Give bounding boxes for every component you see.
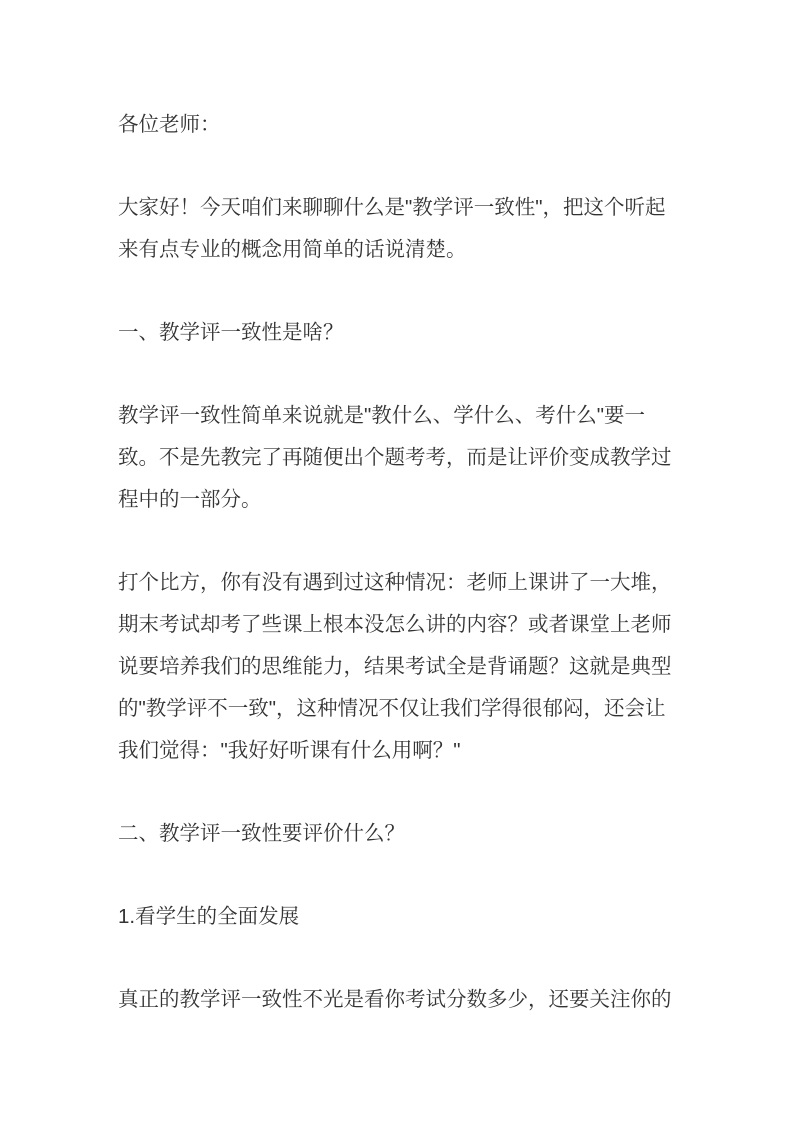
- paragraph-intro: 大家好！今天咱们来聊聊什么是"教学评一致性"，把这个听起来有点专业的概念用简单的…: [118, 187, 678, 271]
- document-body: 各位老师： 大家好！今天咱们来聊聊什么是"教学评一致性"，把这个听起来有点专业的…: [118, 104, 678, 1021]
- sub-heading-1: 1.看学生的全面发展: [118, 896, 678, 938]
- paragraph-example: 打个比方，你有没有遇到过这种情况：老师上课讲了一大堆，期末考试却考了些课上根本没…: [118, 562, 678, 772]
- document-page: 各位老师： 大家好！今天咱们来聊聊什么是"教学评一致性"，把这个听起来有点专业的…: [0, 0, 793, 1122]
- section-heading-2: 二、教学评一致性要评价什么？: [118, 813, 678, 855]
- paragraph-development: 真正的教学评一致性不光是看你考试分数多少，还要关注你的: [118, 979, 678, 1021]
- section-heading-1: 一、教学评一致性是啥？: [118, 312, 678, 354]
- salutation: 各位老师：: [118, 104, 678, 146]
- paragraph-definition: 教学评一致性简单来说就是"教什么、学什么、考什么"要一致。不是先教完了再随便出个…: [118, 395, 678, 521]
